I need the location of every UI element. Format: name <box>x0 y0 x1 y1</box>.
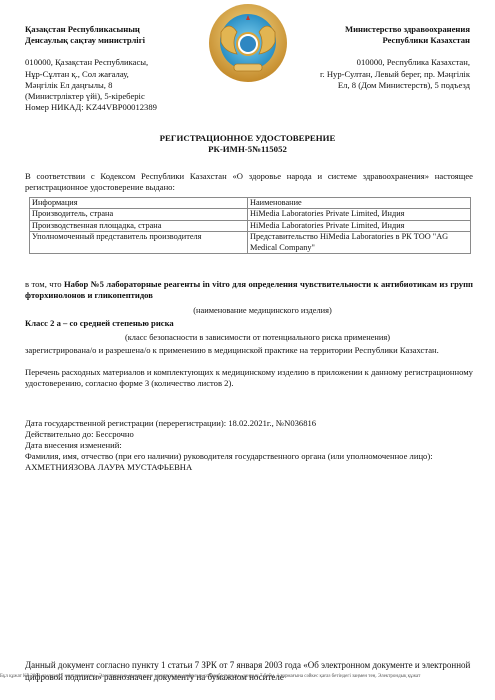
table-cell-label: Производитель, страна <box>30 209 248 220</box>
address-kz-line4: (Министрліктер үйі), 5-кіреберіс <box>25 91 215 102</box>
table-cell-label: Информация <box>30 198 248 209</box>
document-title: РЕГИСТРАЦИОННОЕ УДОСТОВЕРЕНИЕ РК-ИМН-5№1… <box>0 133 495 155</box>
table-cell-label: Производственная площадка, страна <box>30 220 248 231</box>
product-name: Набор №5 лабораторные реагенты in vitro … <box>25 279 473 300</box>
risk-class-note: (класс безопасности в зависимости от пот… <box>0 332 495 343</box>
table-row: Информация Наименование <box>30 198 471 209</box>
org-name-ru-line1: Министерство здравоохранения <box>255 24 470 35</box>
title-line1: РЕГИСТРАЦИОННОЕ УДОСТОВЕРЕНИЕ <box>0 133 495 144</box>
head-of-agency: Фамилия, имя, отчество (при его наличии)… <box>25 451 473 473</box>
address-kz-line2: Нұр-Сұлтан қ., Сол жағалау, <box>25 69 215 80</box>
header-left: Қазақстан Республикасының Денсаулық сақт… <box>25 24 215 113</box>
product-prefix: в том, что <box>25 279 64 289</box>
changes-date: Дата внесения изменений: <box>25 440 473 451</box>
org-name-kz-line2: Денсаулық сақтау министрлігі <box>25 35 215 46</box>
table-row: Уполномоченный представитель производите… <box>30 232 471 254</box>
product-note: (наименование медицинского изделия) <box>0 305 495 316</box>
valid-until: Действительно до: Бессрочно <box>25 429 473 440</box>
address-kz-line3: Мәңгілік Ел даңғылы, 8 <box>25 80 215 91</box>
table-cell-value: Наименование <box>248 198 471 209</box>
org-name-kz-line1: Қазақстан Республикасының <box>25 24 215 35</box>
registration-date: Дата государственной регистрации (перере… <box>25 418 473 429</box>
address-ru-line3: Ел, 8 (Дом Министерств), 5 подъезд <box>255 80 470 91</box>
address-ru-line1: 010000, Республика Казахстан, <box>255 57 470 68</box>
details-block: Дата государственной регистрации (перере… <box>25 418 473 473</box>
footer-kazakh-note: Бұл құжат ҚР 2003 жылдың 7 қаңтарындағы … <box>0 673 495 680</box>
address-ru-line2: г. Нур-Султан, Левый берег, пр. Мәңгілік <box>255 69 470 80</box>
table-cell-value: HiMedia Laboratories Private Limited, Ин… <box>248 209 471 220</box>
address-kz-line1: 010000, Қазақстан Республикасы, <box>25 57 215 68</box>
header-right: Министерство здравоохранения Республики … <box>255 24 470 91</box>
intro-paragraph: В соответствии с Кодексом Республики Каз… <box>25 171 473 193</box>
info-table: Информация Наименование Производитель, с… <box>29 197 471 254</box>
risk-class: Класс 2 а – со средней степенью риска <box>25 318 473 329</box>
table-cell-value: HiMedia Laboratories Private Limited, Ин… <box>248 220 471 231</box>
materials-paragraph: Перечень расходных материалов и комплект… <box>25 367 473 389</box>
nikad-number: Номер НИКАД: KZ44VBP00012389 <box>25 102 215 113</box>
registered-paragraph: зарегистрирована/о и разрешена/о к приме… <box>25 345 473 356</box>
org-name-ru-line2: Республики Казахстан <box>255 35 470 46</box>
product-paragraph: в том, что Набор №5 лабораторные реагент… <box>25 279 473 301</box>
table-cell-label: Уполномоченный представитель производите… <box>30 232 248 254</box>
table-row: Производитель, страна HiMedia Laboratori… <box>30 209 471 220</box>
table-row: Производственная площадка, страна HiMedi… <box>30 220 471 231</box>
certificate-number: РК-ИМН-5№115052 <box>0 144 495 155</box>
table-cell-value: Представительство HiMedia Laboratories в… <box>248 232 471 254</box>
